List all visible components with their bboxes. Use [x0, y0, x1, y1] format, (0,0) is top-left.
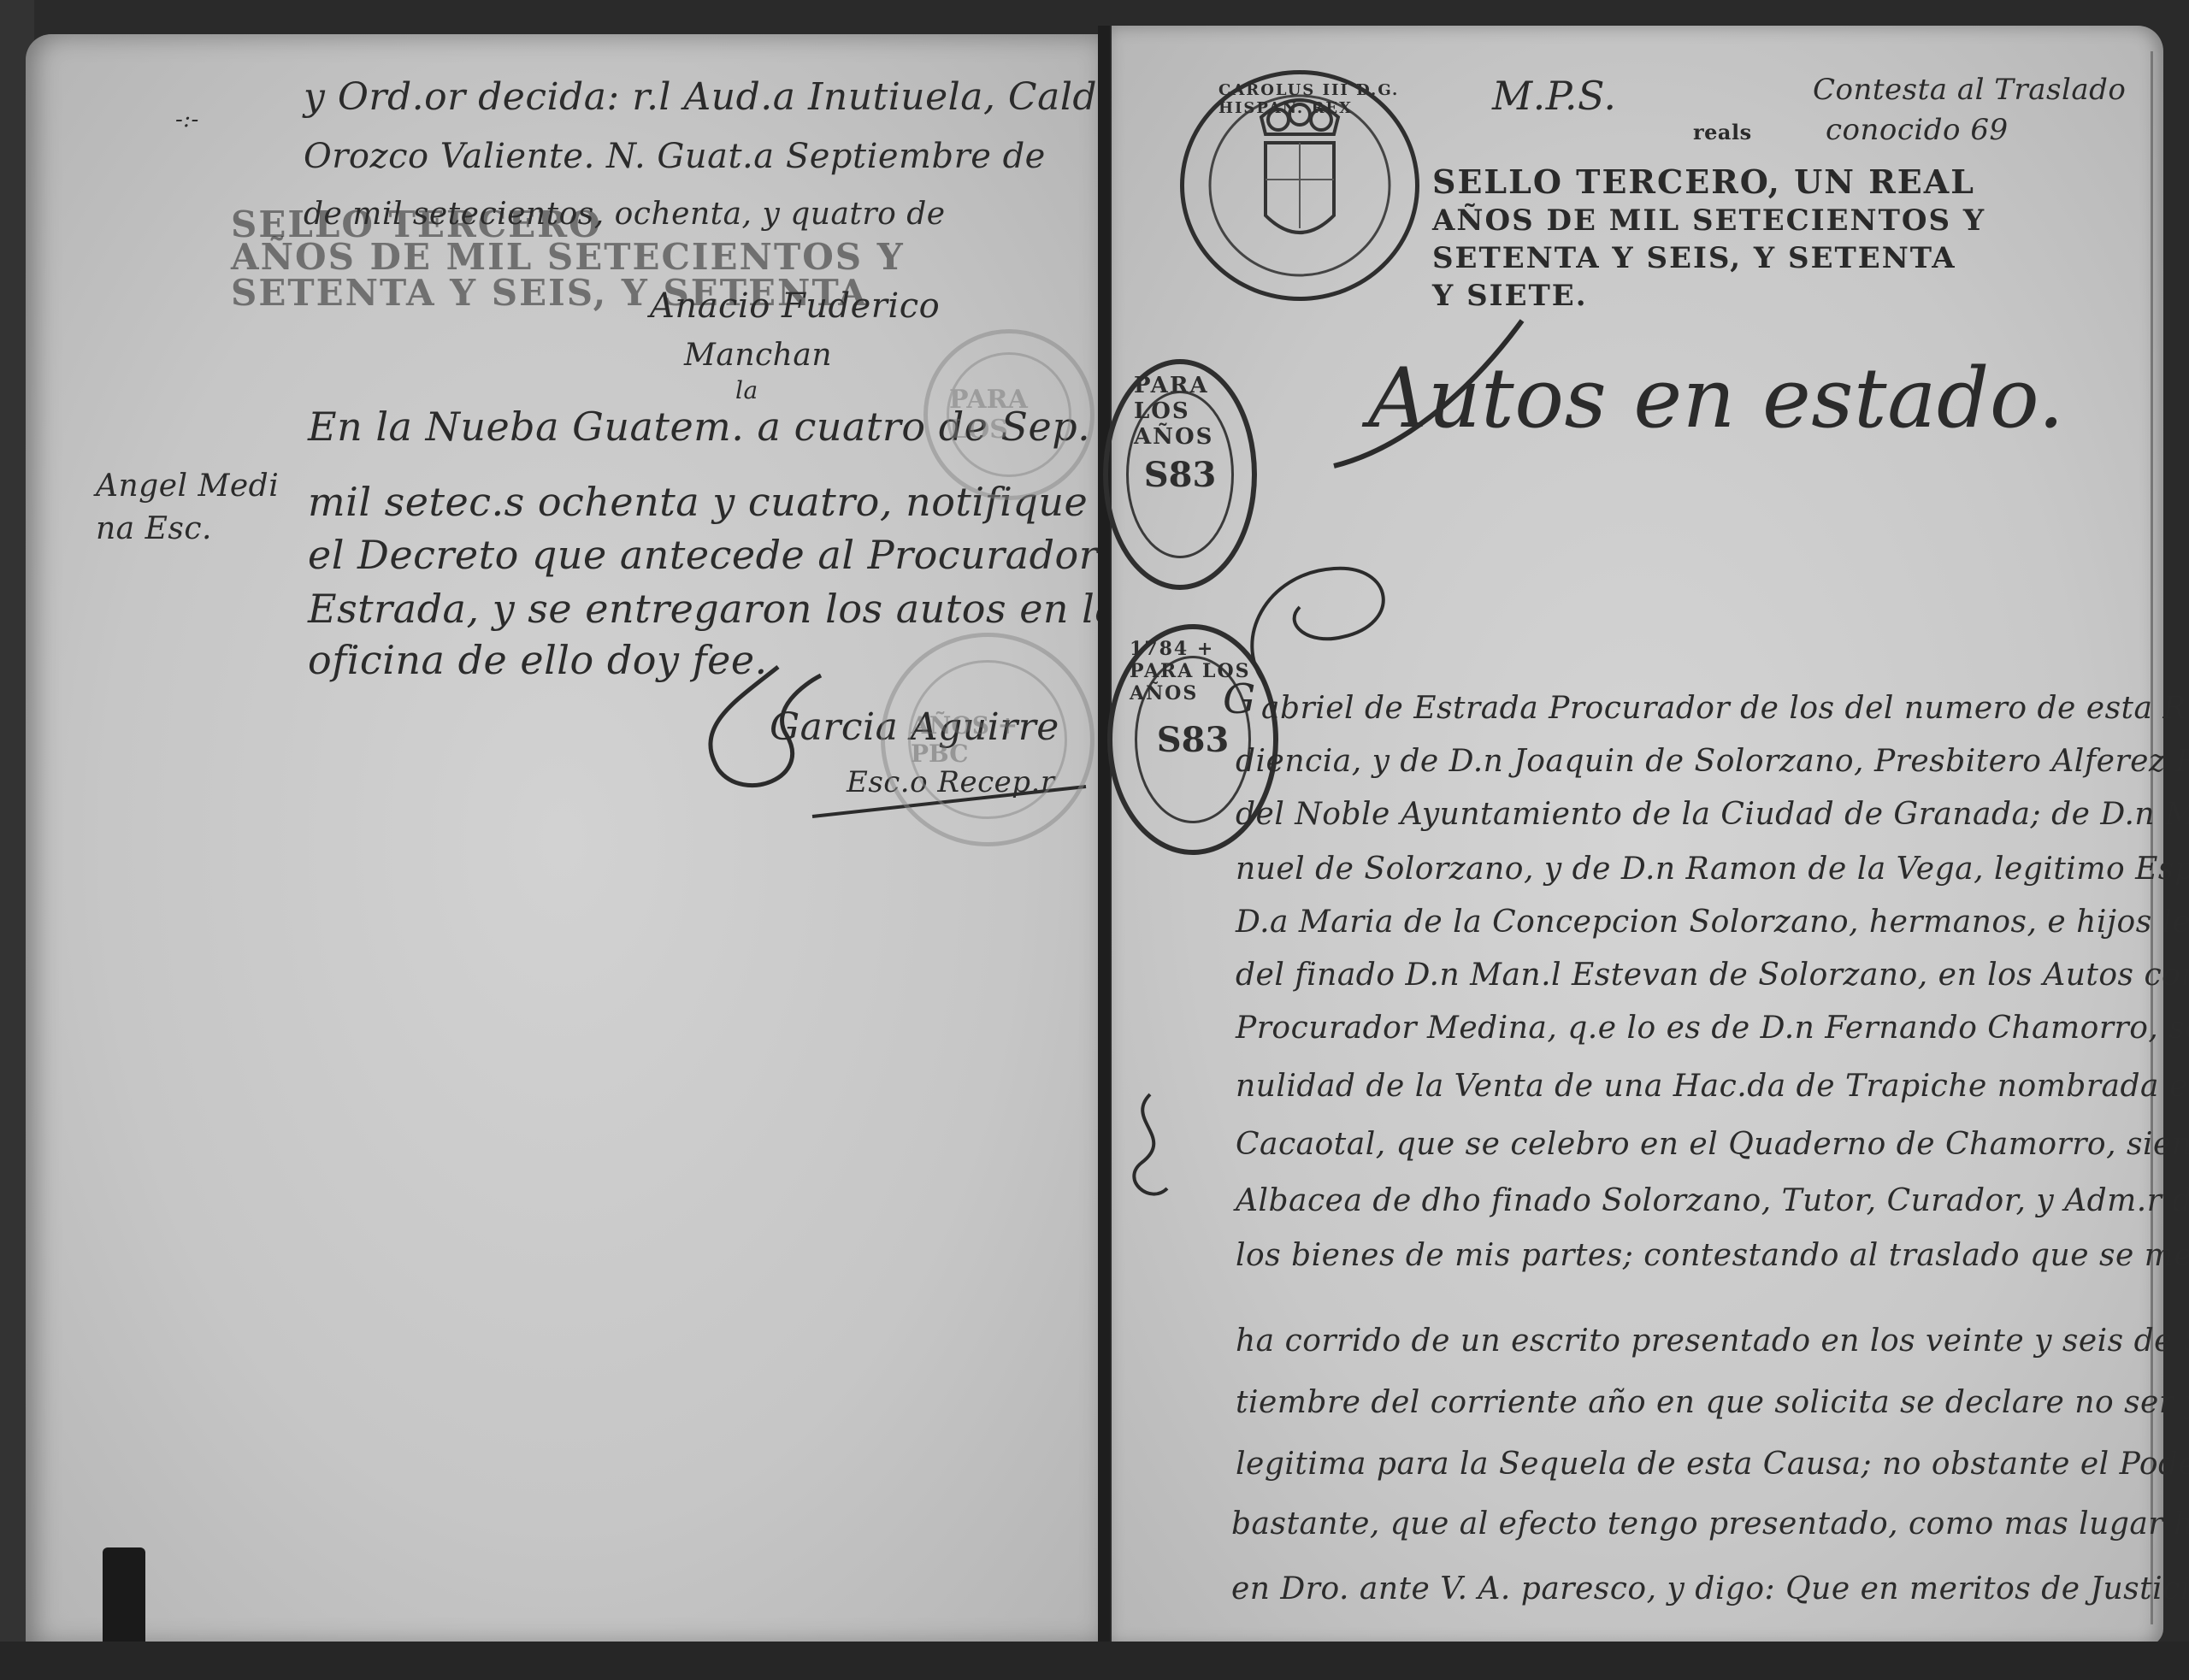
- margin-note-line-2: na Esc.: [96, 511, 212, 546]
- note-folio: conocido 69: [1826, 113, 2009, 147]
- corner-mark: -:-: [175, 107, 199, 133]
- right-body-line-14: legitima para la Sequela de esta Causa; …: [1236, 1447, 2189, 1482]
- royal-seal: CAROLUS III D.G. HISPAN. REX: [1180, 70, 1419, 301]
- right-body-line-16: en Dro. ante V. A. paresco, y digo: Que …: [1231, 1571, 2189, 1606]
- left-body-line-3: el Decreto que antecede al Procurador: [308, 532, 1098, 578]
- right-body-line-10: Albacea de dho finado Solorzano, Tutor, …: [1236, 1183, 2189, 1218]
- initial-flourish-icon: [1214, 556, 1411, 693]
- seal-left-upper: PARA LOS: [923, 329, 1094, 500]
- right-body-line-6: del finado D.n Man.l Estevan de Solorzan…: [1236, 958, 2189, 993]
- seal-left-lower: AÑOS + PBC: [881, 633, 1094, 846]
- left-header-line-1: y Ord.or decida: r.l Aud.a Inutiuela, Ca…: [304, 75, 1207, 119]
- right-body-line-11: los bienes de mis partes; contestando al…: [1236, 1238, 2189, 1273]
- right-body-line-15: bastante, que al efecto tengo presentado…: [1231, 1506, 2189, 1541]
- right-body-line-13: tiembre del corriente año en que solicit…: [1236, 1385, 2189, 1420]
- body-initial: G: [1223, 675, 1256, 723]
- superscript-la: la: [735, 376, 758, 404]
- right-body-line-1: abriel de Estrada Procurador de los del …: [1261, 691, 2189, 726]
- stamped-paper-line-3: SETENTA Y SEIS, Y SETENTA: [1432, 241, 1956, 275]
- right-body-line-12: ha corrido de un escrito presentado en l…: [1236, 1323, 2189, 1359]
- note-reals: reals: [1693, 120, 1752, 144]
- note-contesta: Contesta al Traslado: [1813, 73, 2126, 107]
- margin-flourish-icon: [1116, 1086, 1193, 1214]
- top-signature-line-2: Manchan: [684, 338, 832, 373]
- right-body-line-3: del Noble Ayuntamiento de la Ciudad de G…: [1236, 797, 2189, 832]
- stamped-paper-line-4: Y SIETE.: [1432, 279, 1588, 313]
- right-body-line-9: Cacaotal, que se celebro en el Quaderno …: [1236, 1127, 2189, 1162]
- stamped-paper-line-1: SELLO TERCERO, UN REAL: [1432, 162, 1975, 201]
- left-body-line-4: Estrada, y se entregaron los autos en la: [308, 586, 1118, 632]
- left-header-line-3: de mil setecientos, ochenta, y quatro de: [304, 197, 946, 232]
- document-title: Autos en estado.: [1368, 351, 2064, 446]
- right-body-line-7: Procurador Medina, q.e lo es de D.n Fern…: [1236, 1011, 2189, 1046]
- stamped-paper-line-2: AÑOS DE MIL SETECIENTOS Y: [1432, 203, 1985, 238]
- right-body-line-4: nuel de Solorzano, y de D.n Ramon de la …: [1236, 852, 2189, 887]
- scan-bottom-edge: [0, 1642, 2189, 1680]
- left-header-line-2: Orozco Valiente. N. Guat.a Septiembre de: [304, 137, 1046, 176]
- right-body-line-8: nulidad de la Venta de una Hac.da de Tra…: [1236, 1069, 2189, 1104]
- book-gutter: [1098, 26, 1110, 1650]
- right-body-line-5: D.a Maria de la Concepcion Solorzano, he…: [1236, 905, 2189, 940]
- right-body-line-2: diencia, y de D.n Joaquin de Solorzano, …: [1236, 744, 2189, 779]
- margin-note-line-1: Angel Medi: [96, 469, 279, 504]
- top-signature-line-1: Anacio Fuderico: [650, 286, 940, 326]
- note-mps: M.P.S.: [1492, 73, 1616, 119]
